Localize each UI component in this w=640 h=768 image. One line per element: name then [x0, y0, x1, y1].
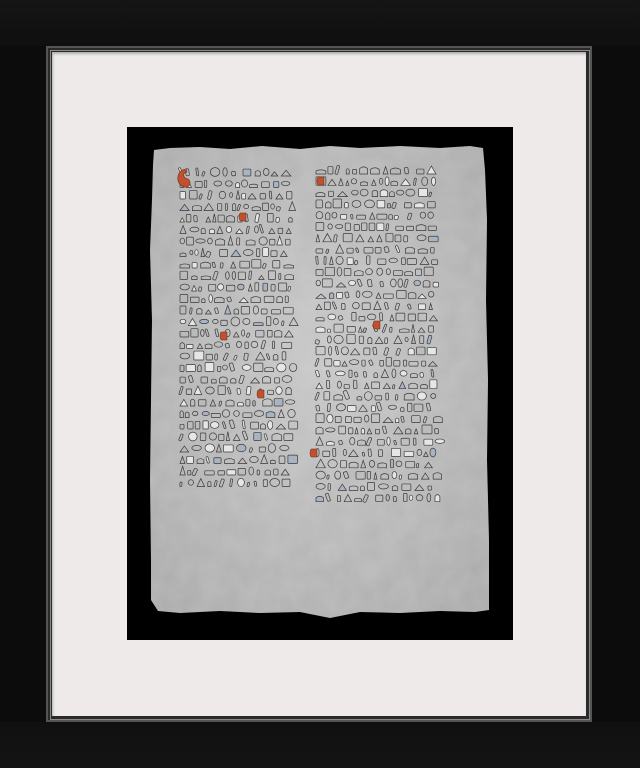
picture-frame [0, 0, 640, 768]
artwork-paper [0, 0, 640, 768]
